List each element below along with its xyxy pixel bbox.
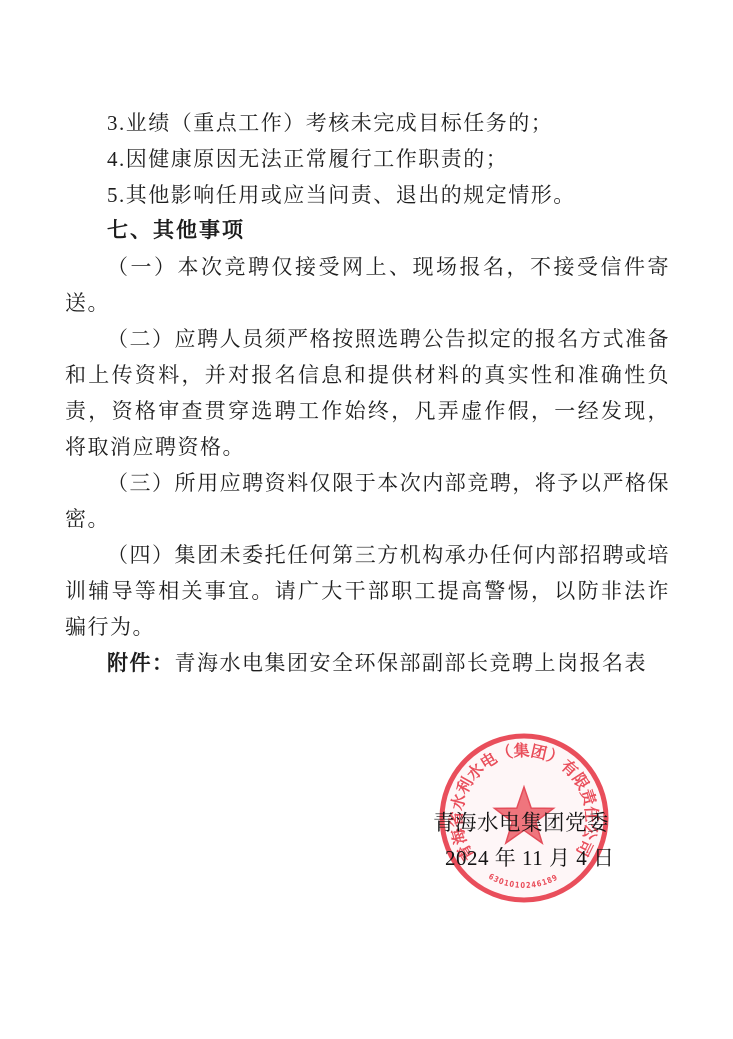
section-heading: 七、其他事项 — [65, 213, 670, 249]
seal-serial-number: 6301010246189 — [487, 872, 560, 890]
signature-date: 2024 年 11 月 4 日 — [445, 842, 614, 872]
attachment-label: 附件： — [107, 652, 175, 675]
svg-text:6301010246189: 6301010246189 — [487, 872, 560, 890]
paragraph-3: （三）所用应聘资料仅限于本次内部竞聘，将予以严格保密。 — [65, 465, 670, 537]
attachment-title: 青海水电集团安全环保部副部长竞聘上岗报名表 — [175, 651, 648, 675]
paragraph-1: （一）本次竞聘仅接受网上、现场报名，不接受信件寄送。 — [65, 249, 670, 321]
document-page: 3.业绩（重点工作）考核未完成目标任务的； 4.因健康原因无法正常履行工作职责的… — [0, 0, 733, 1039]
list-item-5: 5.其他影响任用或应当问责、退出的规定情形。 — [65, 177, 670, 213]
signature-issuer: 青海水电集团党委 — [433, 806, 609, 837]
list-item-3: 3.业绩（重点工作）考核未完成目标任务的； — [65, 105, 670, 141]
attachment-line: 附件：青海水电集团安全环保部副部长竞聘上岗报名表 — [65, 645, 670, 682]
document-body: 3.业绩（重点工作）考核未完成目标任务的； 4.因健康原因无法正常履行工作职责的… — [65, 105, 670, 682]
list-item-4: 4.因健康原因无法正常履行工作职责的； — [65, 141, 670, 177]
paragraph-2: （二）应聘人员须严格按照选聘公告拟定的报名方式准备和上传资料，并对报名信息和提供… — [65, 321, 670, 465]
paragraph-4: （四）集团未委托任何第三方机构承办任何内部招聘或培训辅导等相关事宜。请广大干部职… — [65, 537, 670, 645]
